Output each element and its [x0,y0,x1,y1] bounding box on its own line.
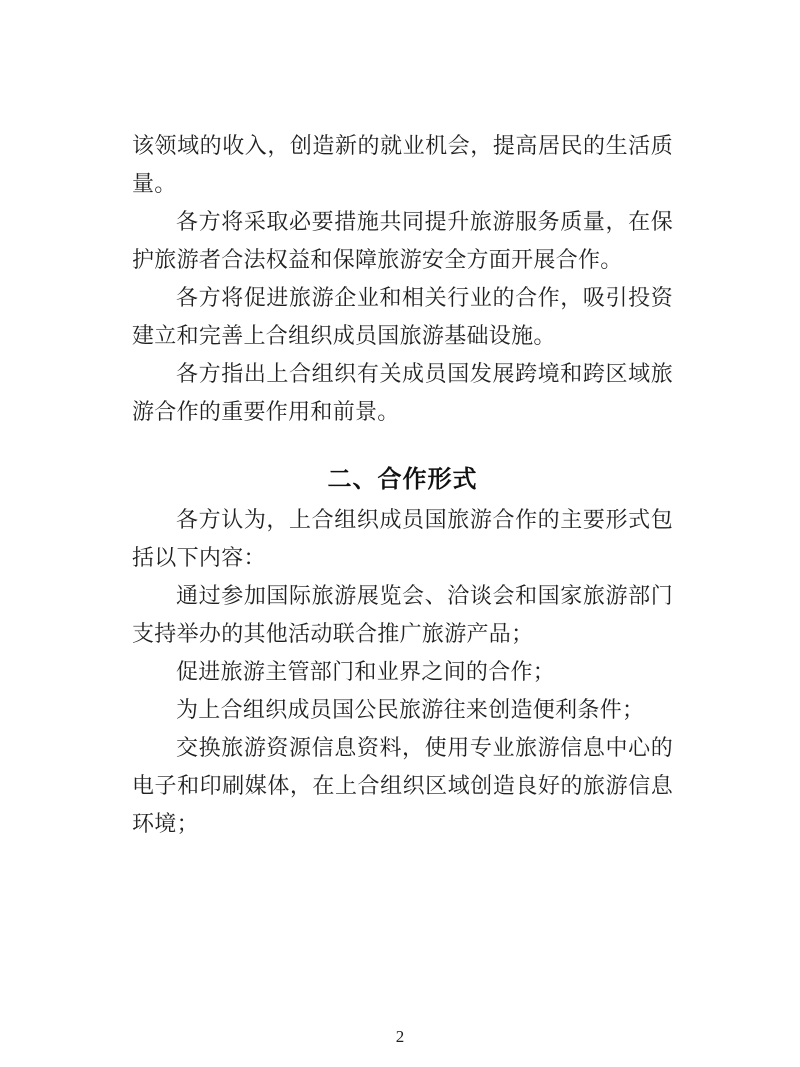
paragraph: 促进旅游主管部门和业界之间的合作； [132,653,673,691]
paragraph: 通过参加国际旅游展览会、洽谈会和国家旅游部门支持举办的其他活动联合推广旅游产品； [132,577,673,653]
paragraph: 各方指出上合组织有关成员国发展跨境和跨区域旅游合作的重要作用和前景。 [132,355,673,431]
section-heading: 二、合作形式 [132,461,673,499]
paragraph: 各方将采取必要措施共同提升旅游服务质量，在保护旅游者合法权益和保障旅游安全方面开… [132,203,673,279]
paragraph: 各方认为，上合组织成员国旅游合作的主要形式包括以下内容： [132,501,673,577]
document-body: 该领域的收入，创造新的就业机会，提高居民的生活质量。 各方将采取必要措施共同提升… [132,127,673,843]
paragraph: 为上合组织成员国公民旅游往来创造便利条件； [132,691,673,729]
document-page: 该领域的收入，创造新的就业机会，提高居民的生活质量。 各方将采取必要措施共同提升… [0,0,800,1067]
paragraph: 各方将促进旅游企业和相关行业的合作，吸引投资建立和完善上合组织成员国旅游基础设施… [132,279,673,355]
page-number: 2 [0,1026,800,1048]
paragraph-continuation: 该领域的收入，创造新的就业机会，提高居民的生活质量。 [132,127,673,203]
paragraph: 交换旅游资源信息资料，使用专业旅游信息中心的电子和印刷媒体，在上合组织区域创造良… [132,729,673,843]
